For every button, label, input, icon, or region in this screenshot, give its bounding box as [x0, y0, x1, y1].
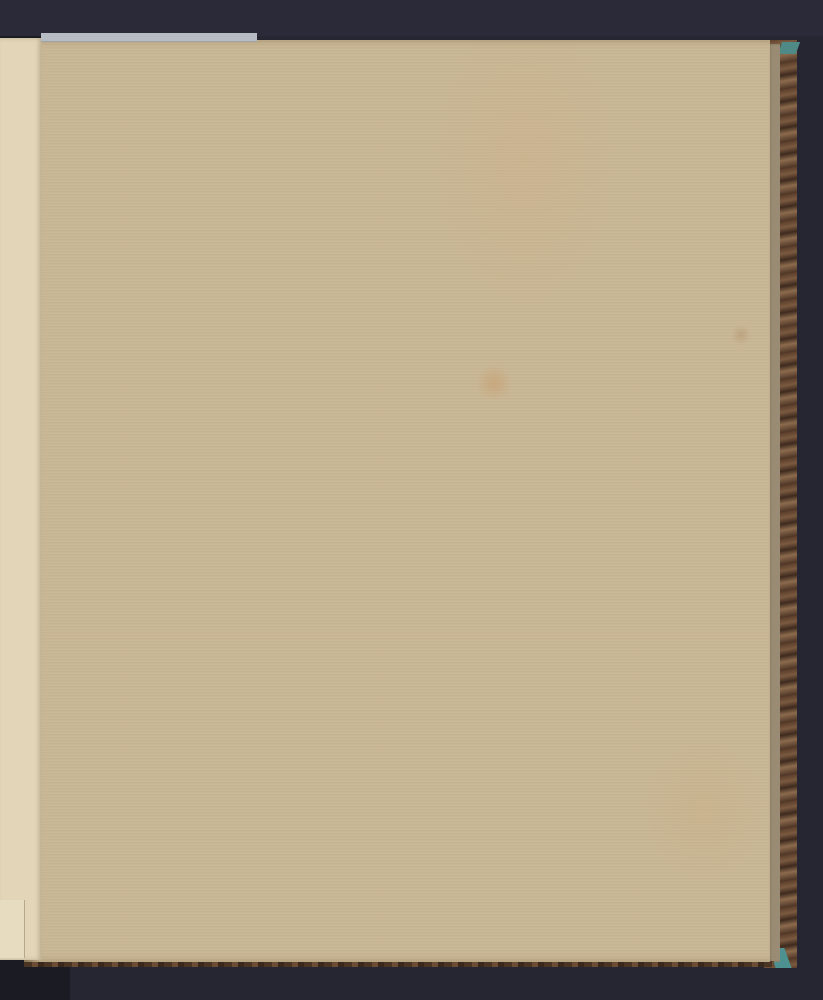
left-page-edge [0, 38, 42, 960]
scan-background [0, 0, 823, 1000]
left-page-fold [0, 900, 25, 958]
blank-right-page [24, 40, 770, 962]
grey-paper-tab [41, 33, 257, 42]
background-top-strip [0, 0, 823, 36]
